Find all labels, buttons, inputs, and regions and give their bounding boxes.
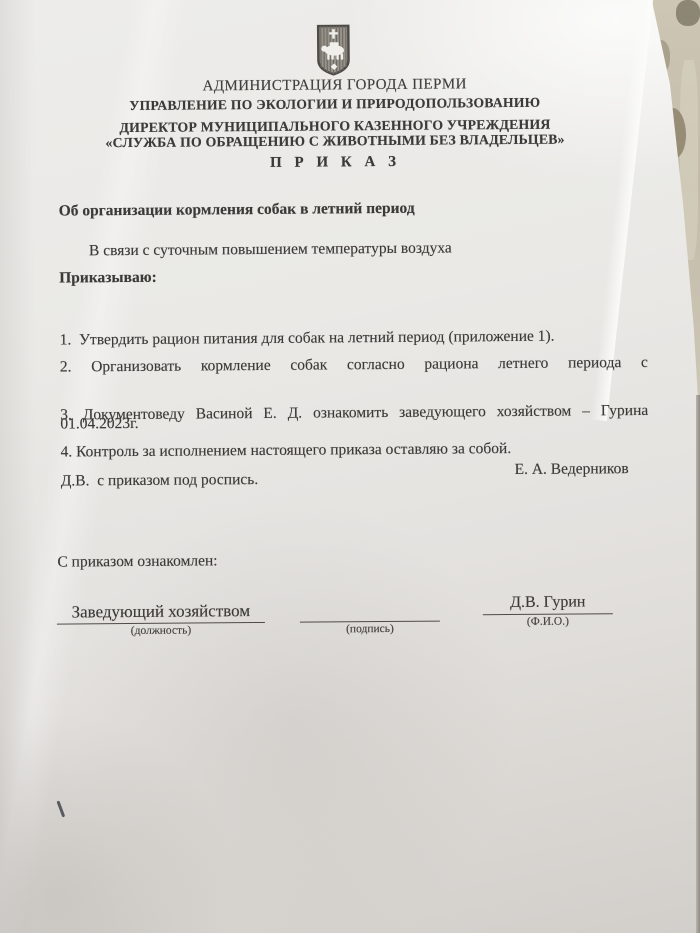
document-photo: АДМИНИСТРАЦИЯ ГОРОДА ПЕРМИ УПРАВЛЕНИЕ ПО… (0, 0, 700, 933)
document-type-title: П Р И К А З (0, 152, 685, 174)
perm-coat-of-arms-icon (315, 23, 351, 77)
resolution-word: Приказываю: (59, 265, 647, 288)
ack-signature-field: (подпись) (300, 599, 440, 636)
ack-fullname-value: Д.В. Гурин (483, 591, 613, 615)
ack-fullname-field: Д.В. Гурин (Ф.И.О.) (483, 591, 613, 628)
pen-mark (56, 801, 64, 818)
order-item-line: 4. Контроль за исполнением настоящего пр… (60, 438, 648, 462)
ack-position-value: Заведующий хозяйством (57, 600, 265, 625)
ack-position-field: Заведующий хозяйством (должность) (57, 600, 265, 638)
org-department-line: УПРАВЛЕНИЕ ПО ЭКОЛОГИИ И ПРИРОДОПОЛЬЗОВА… (0, 94, 685, 115)
ack-fullname-caption: (Ф.И.О.) (483, 615, 613, 628)
ack-signature-caption: (подпись) (300, 623, 440, 636)
order-document: АДМИНИСТРАЦИЯ ГОРОДА ПЕРМИ УПРАВЛЕНИЕ ПО… (0, 0, 700, 933)
ack-signature-value (300, 599, 440, 623)
ack-position-caption: (должность) (57, 624, 265, 638)
order-item-4: 4. Контроль за исполнением настоящего пр… (60, 400, 649, 500)
acknowledgement-label: С приказом ознакомлен: (57, 552, 217, 571)
order-subject: Об организации кормления собак в летний … (59, 198, 647, 221)
order-preamble: В связи с суточным повышением температур… (59, 238, 647, 261)
